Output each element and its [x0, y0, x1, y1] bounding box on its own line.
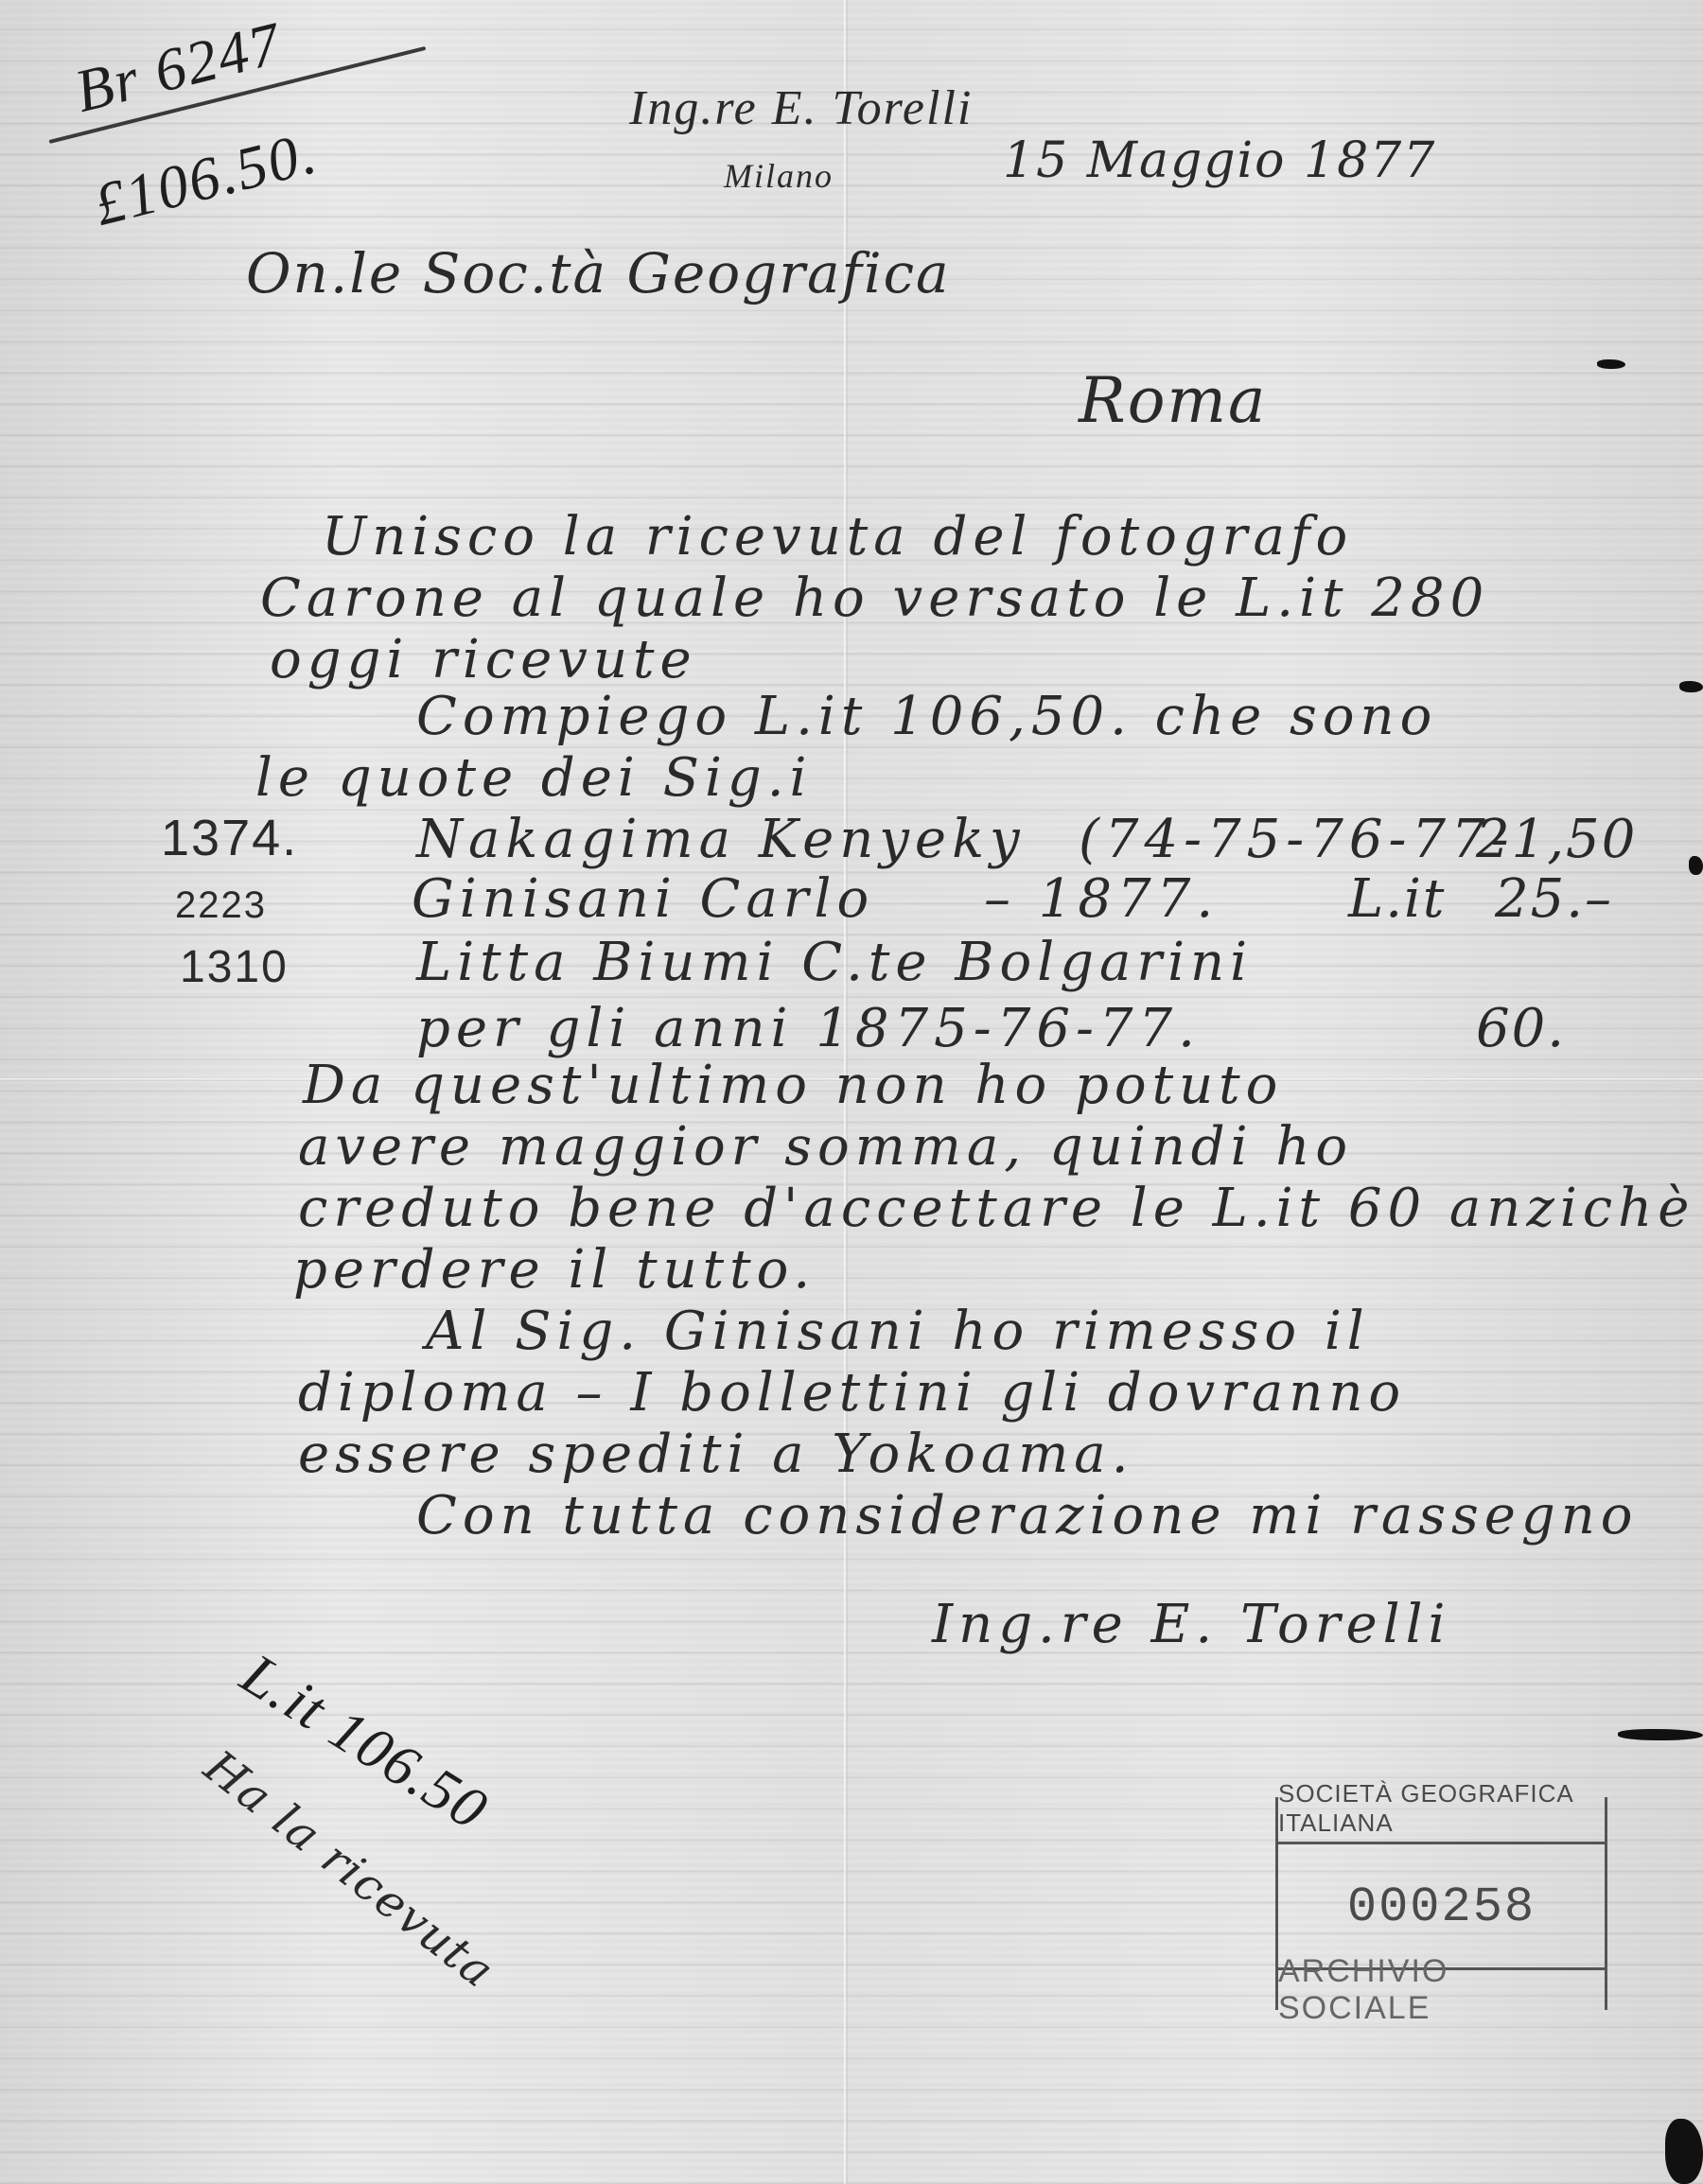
body-cont-line-2: avere maggior somma, quindi ho	[298, 1116, 1353, 1178]
entry-2-name: Ginisani Carlo	[412, 868, 874, 930]
entry-3-years: per gli anni 1875-76-77.	[416, 998, 1201, 1059]
entry-1-margin-no: 1374.	[161, 809, 298, 867]
letter-page: Br 6247 £106.50. Ing.re E. Torelli Milan…	[0, 0, 1703, 2184]
body-line-2: Carone al quale ho versato le L.it 280	[260, 568, 1489, 629]
body-line-3: oggi ricevute	[270, 629, 697, 690]
stamp-number: 000258	[1278, 1846, 1605, 1970]
letterhead-name: Ing.re E. Torelli	[629, 80, 973, 136]
paper-tear	[1597, 359, 1625, 369]
body-cont-line-3: creduto bene d'accettare le L.it 60 anzi…	[298, 1178, 1694, 1239]
body-cont-line-6: diploma – I bollettini gli dovranno	[298, 1362, 1406, 1424]
signature: Ing.re E. Torelli	[932, 1594, 1450, 1655]
body-cont-line-4: perdere il tutto.	[293, 1239, 816, 1301]
stamp-society-name: SOCIETÀ GEOGRAFICA ITALIANA	[1278, 1797, 1605, 1844]
body-line-4: Compiego L.it 106,50. che sono	[416, 686, 1437, 747]
letter-date: 15 Maggio 1877	[1003, 132, 1436, 189]
entry-3-margin-no: 1310	[180, 941, 289, 993]
addressee-line1: On.le Soc.tà Geografica	[246, 241, 951, 306]
entry-2-years: – 1877.	[984, 868, 1219, 930]
entry-2-currency: L.it	[1348, 868, 1446, 930]
entry-3-name: Litta Biumi C.te Bolgarini	[416, 932, 1253, 993]
body-cont-line-5: Al Sig. Ginisani ho rimesso il	[426, 1301, 1370, 1362]
paper-tear	[1679, 681, 1703, 692]
entry-1-name: Nakagima Kenyeky	[416, 809, 1026, 870]
stamp-archive-label: ARCHIVIO SOCIALE	[1278, 1969, 1605, 2010]
entry-3-amount: 60.	[1476, 998, 1566, 1059]
entry-1-years: (74-75-76-77-	[1079, 809, 1515, 870]
paper-tear	[1689, 856, 1703, 875]
body-line-5: le quote dei Sig.i	[255, 747, 812, 809]
body-cont-line-8: Con tutta considerazione mi rassegno	[416, 1485, 1638, 1546]
entry-1-amount: 21,50	[1476, 809, 1637, 870]
paper-tear	[1665, 2119, 1703, 2184]
body-cont-line-1: Da quest'ultimo non ho potuto	[303, 1055, 1283, 1116]
entry-2-margin-no: 2223	[175, 884, 267, 927]
entry-2-amount: 25.–	[1495, 868, 1613, 930]
body-cont-line-7: essere spediti a Yokoama.	[298, 1424, 1134, 1485]
paper-tear	[1618, 1729, 1703, 1740]
archive-ref-amount: £106.50.	[87, 117, 325, 240]
body-line-1: Unisco la ricevuta del fotografo	[322, 506, 1353, 568]
archive-stamp: SOCIETÀ GEOGRAFICA ITALIANA 000258 ARCHI…	[1275, 1797, 1607, 2010]
letterhead-place: Milano	[724, 156, 834, 196]
addressee-line2: Roma	[1079, 364, 1267, 437]
